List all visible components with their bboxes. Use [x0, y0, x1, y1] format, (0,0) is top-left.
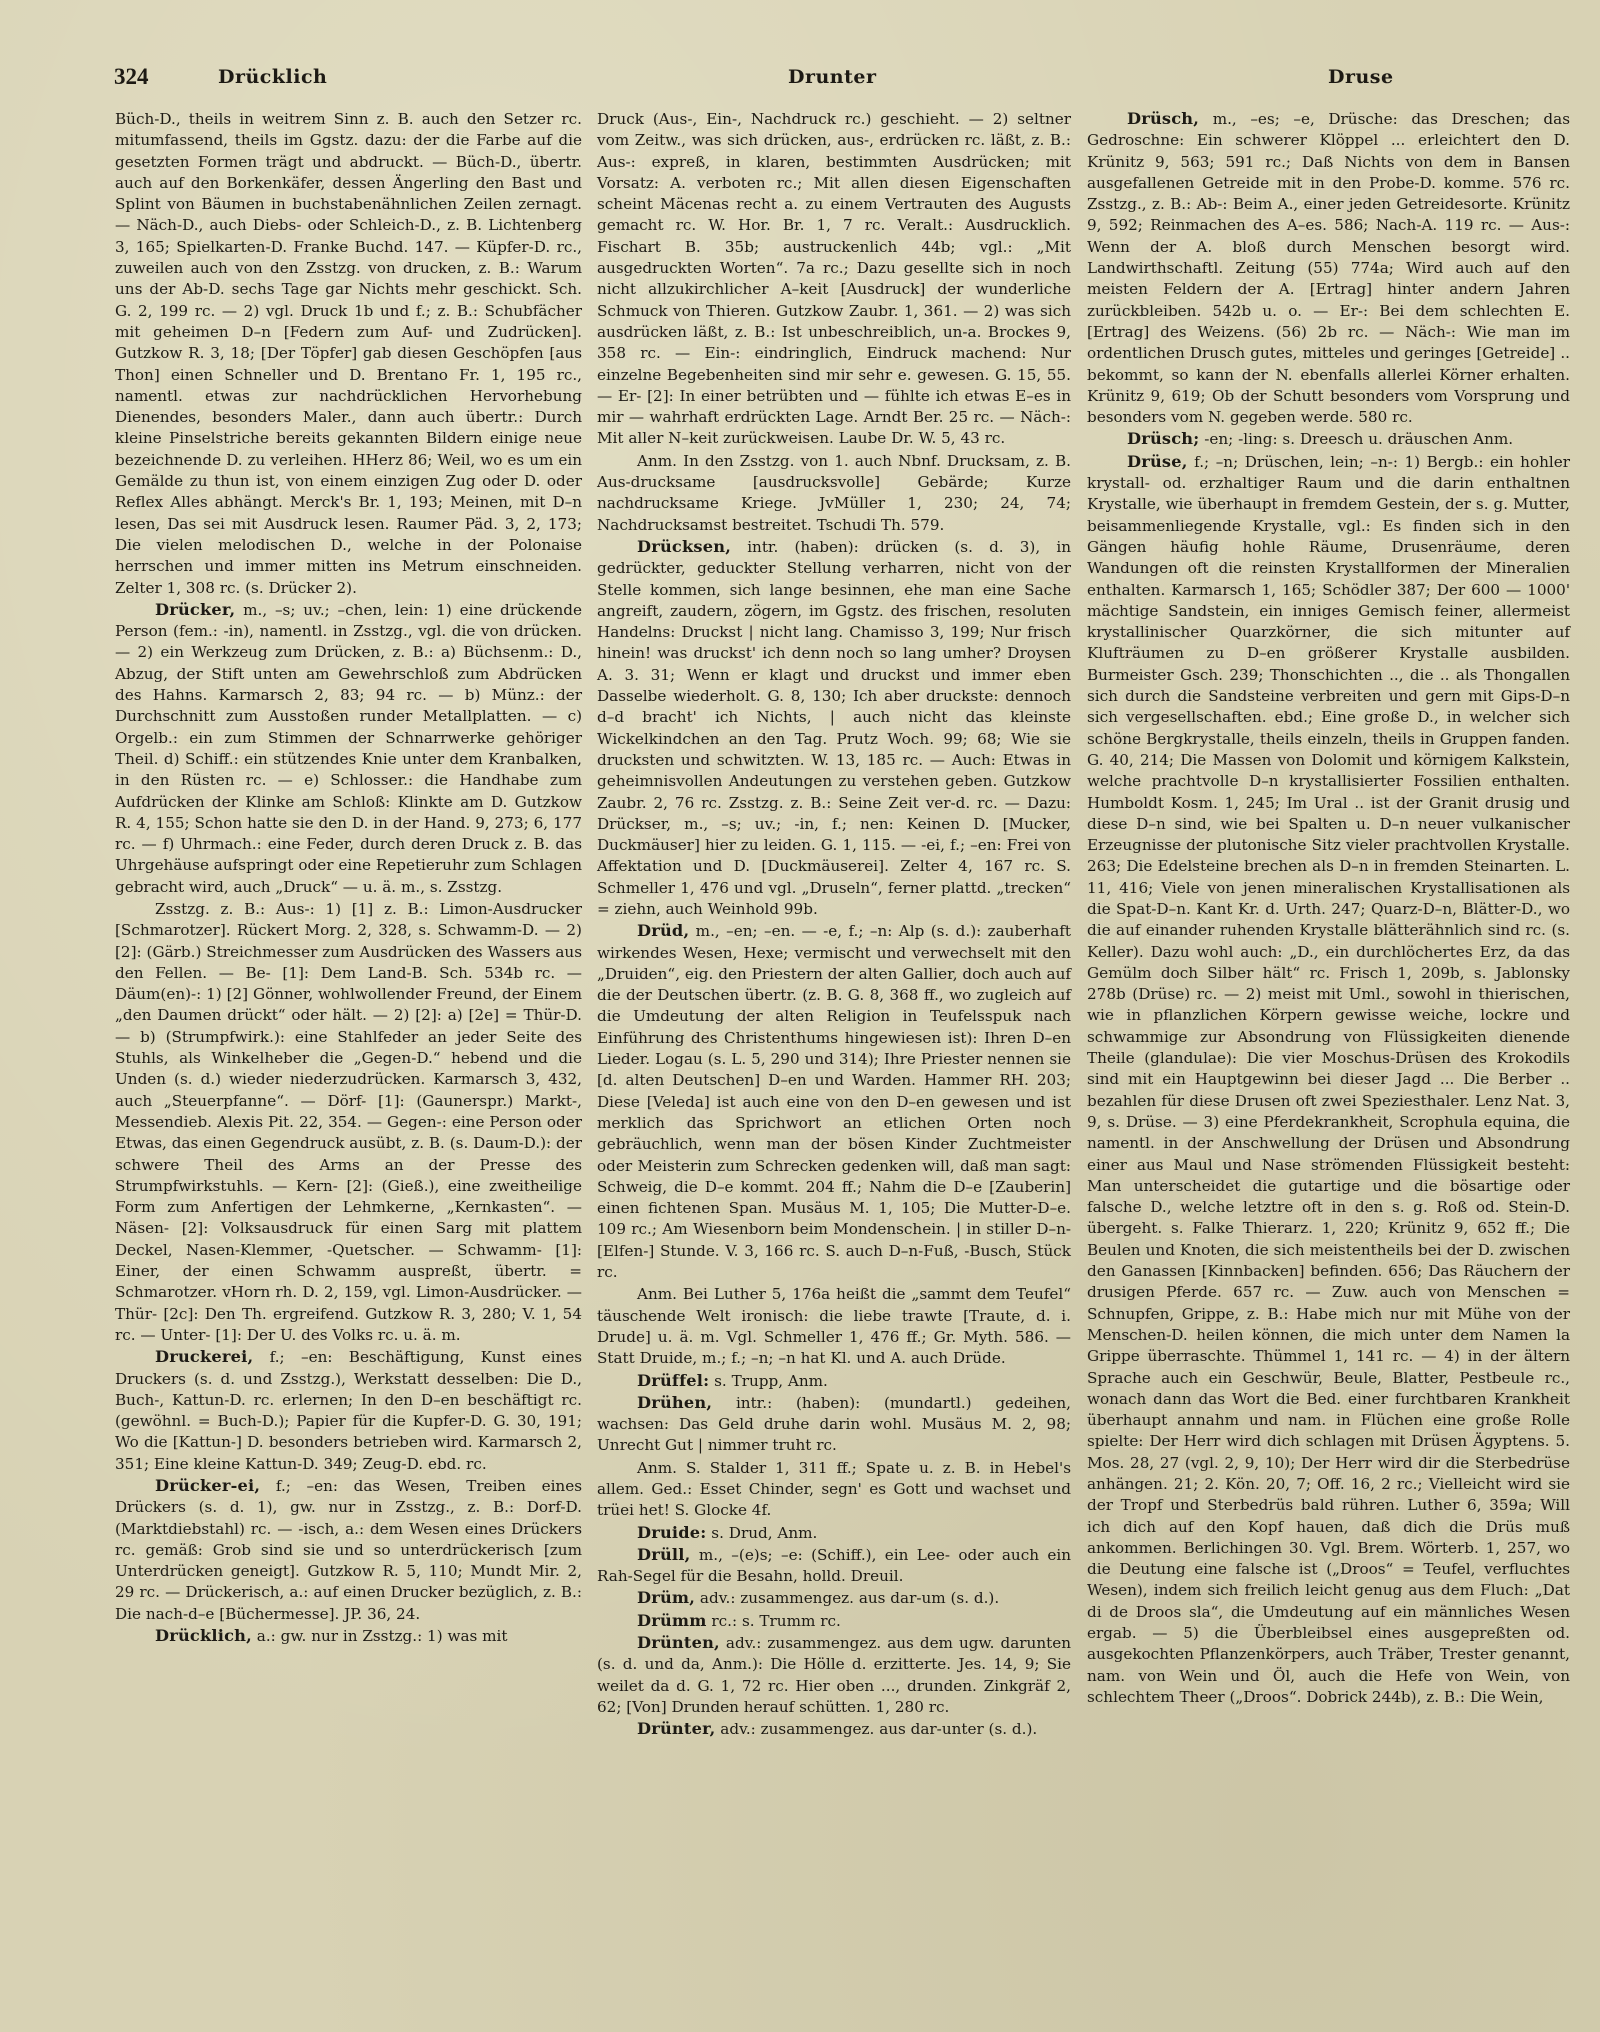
entry-text: adv.: zusammengez. aus dar-unter (s. d.)…: [715, 1720, 1037, 1738]
entry-headword: Drünten,: [637, 1633, 720, 1652]
dictionary-entry: Drümm rc.: s. Trumm rc.: [597, 1610, 1071, 1632]
entry-headword: Drücker-ei,: [155, 1476, 260, 1495]
dictionary-entry: Drüm, adv.: zusammengez. aus dar-um (s. …: [597, 1587, 1071, 1609]
entry-headword: Druide:: [637, 1523, 706, 1542]
entry-text: m., –s; uv.; –chen, lein: 1) eine drücke…: [115, 601, 582, 896]
entry-headword: Drücksen,: [637, 537, 731, 556]
entry-text: Anm. In den Zsstzg. von 1. auch Nbnf. Dr…: [597, 452, 1071, 534]
dictionary-entry: Druck (Aus-, Ein-, Nachdruck rc.) geschi…: [597, 108, 1071, 450]
entry-text: intr. (haben): drücken (s. d. 3), in ged…: [597, 538, 1071, 918]
entry-text: -en; -ling: s. Dreesch u. dräuschen Anm.: [1199, 430, 1513, 448]
dictionary-entry: Drüsch, m., –es; –e, Drüsche: das Dresch…: [1087, 108, 1570, 428]
dictionary-entry: Drünter, adv.: zusammengez. aus dar-unte…: [597, 1718, 1071, 1740]
dictionary-entry: Drüd, m., –en; –en. — -e, f.; –n: Alp (s…: [597, 920, 1071, 1283]
dictionary-entry: Druckerei, f.; –en: Beschäftigung, Kunst…: [115, 1346, 582, 1475]
dictionary-entry: Druide: s. Drud, Anm.: [597, 1522, 1071, 1544]
entry-text: a.: gw. nur in Zsstzg.: 1) was mit: [252, 1627, 508, 1645]
entry-text: f.; –en: Beschäftigung, Kunst eines Druc…: [115, 1348, 582, 1472]
running-head-left: Drücklich: [218, 66, 327, 88]
entry-text: adv.: zusammengez. aus dar-um (s. d.).: [695, 1589, 999, 1607]
entry-text: m., –en; –en. — -e, f.; –n: Alp (s. d.):…: [597, 922, 1071, 1281]
entry-headword: Drümm: [637, 1611, 707, 1630]
entry-headword: Drüsch;: [1127, 429, 1199, 448]
dictionary-entry: Anm. S. Stalder 1, 311 ff.; Spate u. z. …: [597, 1457, 1071, 1522]
running-head-center: Drunter: [788, 66, 877, 88]
dictionary-entry: Anm. Bei Luther 5, 176a heißt die „sammt…: [597, 1283, 1071, 1369]
entry-headword: Drüm,: [637, 1588, 695, 1607]
entry-headword: Drüd,: [637, 921, 689, 940]
column-middle: Druck (Aus-, Ein-, Nachdruck rc.) geschi…: [597, 108, 1071, 1741]
column-left: Büch-D., theils in weitrem Sinn z. B. au…: [115, 108, 582, 1647]
dictionary-entry: Anm. In den Zsstzg. von 1. auch Nbnf. Dr…: [597, 450, 1071, 536]
dictionary-entry: Drüse, f.; –n; Drüschen, lein; –n-: 1) B…: [1087, 451, 1570, 1709]
dictionary-entry: Drücksen, intr. (haben): drücken (s. d. …: [597, 536, 1071, 920]
entry-text: rc.: s. Trumm rc.: [707, 1612, 841, 1630]
entry-text: f.; –en: das Wesen, Treiben eines Drücke…: [115, 1477, 582, 1623]
entry-headword: Drüffel:: [637, 1371, 709, 1390]
dictionary-entry: Drücker-ei, f.; –en: das Wesen, Treiben …: [115, 1475, 582, 1625]
column-right: Drüsch, m., –es; –e, Drüsche: das Dresch…: [1087, 108, 1570, 1708]
entry-headword: Drücker,: [155, 600, 235, 619]
dictionary-entry: Drühen, intr.: (haben): (mundartl.) gede…: [597, 1392, 1071, 1457]
page-number: 324: [114, 64, 149, 90]
entry-headword: Drüll,: [637, 1545, 690, 1564]
dictionary-entry: Drünten, adv.: zusammengez. aus dem ugw.…: [597, 1632, 1071, 1718]
entry-headword: Druckerei,: [155, 1347, 253, 1366]
entry-text: s. Trupp, Anm.: [709, 1372, 828, 1390]
dictionary-entry: Büch-D., theils in weitrem Sinn z. B. au…: [115, 108, 582, 599]
entry-text: Anm. S. Stalder 1, 311 ff.; Spate u. z. …: [597, 1459, 1071, 1520]
entry-text: f.; –n; Drüschen, lein; –n-: 1) Bergb.: …: [1087, 453, 1570, 1706]
dictionary-entry: Drüsch; -en; -ling: s. Dreesch u. dräusc…: [1087, 428, 1570, 450]
entry-text: Druck (Aus-, Ein-, Nachdruck rc.) geschi…: [597, 110, 1071, 447]
entry-headword: Drüsch,: [1127, 109, 1199, 128]
entry-headword: Drüse,: [1127, 452, 1188, 471]
dictionary-entry: Drücker, m., –s; uv.; –chen, lein: 1) ei…: [115, 599, 582, 898]
dictionary-entry: Drücklich, a.: gw. nur in Zsstzg.: 1) wa…: [115, 1625, 582, 1647]
entry-headword: Drühen,: [637, 1393, 712, 1412]
dictionary-entry: Drüll, m., –(e)s; –e: (Schiff.), ein Lee…: [597, 1544, 1071, 1588]
dictionary-entry: Zsstzg. z. B.: Aus-: 1) [1] z. B.: Limon…: [115, 898, 582, 1346]
entry-text: Zsstzg. z. B.: Aus-: 1) [1] z. B.: Limon…: [115, 900, 582, 1344]
entry-text: Anm. Bei Luther 5, 176a heißt die „sammt…: [597, 1285, 1071, 1367]
entry-headword: Drünter,: [637, 1719, 715, 1738]
dictionary-entry: Drüffel: s. Trupp, Anm.: [597, 1370, 1071, 1392]
entry-headword: Drücklich,: [155, 1626, 252, 1645]
running-head-right: Druse: [1328, 66, 1394, 88]
entry-text: s. Drud, Anm.: [706, 1524, 817, 1542]
entry-text: m., –es; –e, Drüsche: das Dreschen; das …: [1087, 110, 1570, 426]
page-header: 324 Drücklich Drunter Druse: [114, 64, 1570, 96]
entry-text: Büch-D., theils in weitrem Sinn z. B. au…: [115, 110, 582, 597]
